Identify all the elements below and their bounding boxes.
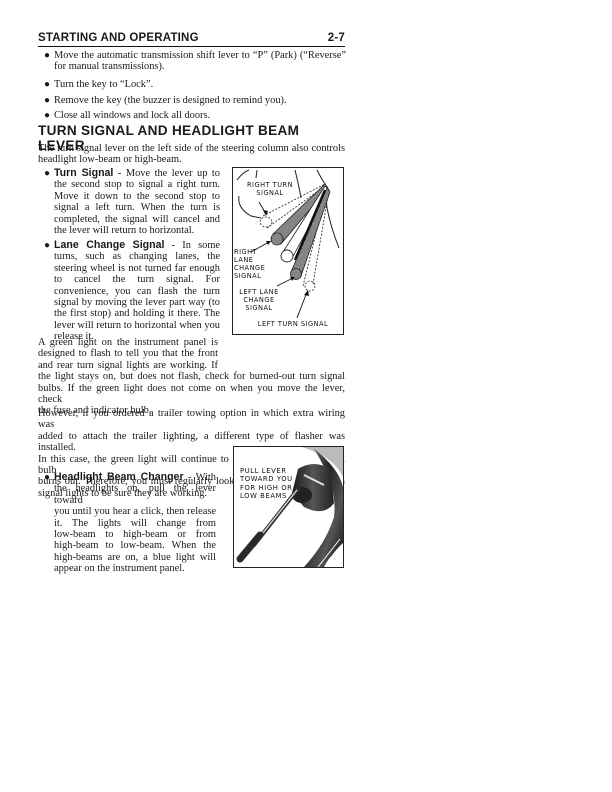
text-line: it. The lights will change from — [54, 518, 216, 529]
text-line: to cancel the turn signal. For — [54, 274, 220, 285]
running-head: STARTING AND OPERATING 2-7 — [38, 32, 345, 47]
page-number: 2-7 — [328, 32, 345, 45]
lane-change-item: ● Lane Change Signal - In some turns, su… — [44, 240, 220, 343]
text-line: high-beams are on, a blue light will — [54, 552, 216, 563]
beam-changer-item: ● Headlight Beam Changer - With the head… — [44, 472, 216, 575]
text-line: you until you hear a click, then release — [54, 506, 216, 517]
label-right-turn-signal: RIGHT TURN SIGNAL — [239, 181, 301, 197]
text-line: the lever will return to horizontal. — [54, 225, 220, 236]
turn-signal-heading: Turn Signal — [54, 167, 113, 179]
bullet-item: ● Remove the key (the buzzer is designed… — [44, 95, 287, 106]
intro-line: headlight low-beam or high-beam. — [38, 154, 345, 165]
text-line: Move it down to the second stop to — [54, 191, 220, 202]
text-line: - With — [184, 472, 216, 483]
beam-changer-heading: Headlight Beam Changer — [54, 471, 184, 483]
text-line: signal a left turn. When the turn is — [54, 202, 220, 213]
intro-line: The turn signal lever on the left side o… — [38, 143, 345, 154]
text-line: the headlights on, pull the lever toward — [54, 483, 216, 506]
text-line: completed, the signal will cancel and — [54, 214, 220, 225]
bullet-item: ● Move the automatic transmission shift … — [44, 50, 346, 73]
bullet-text: Turn the key to “Lock”. — [54, 79, 153, 90]
turn-signal-figure: RIGHT TURN SIGNAL RIGHT LANE CHANGE SIGN… — [232, 167, 344, 335]
bullet-dot-icon: ● — [44, 50, 54, 73]
text-line: designed to flash to tell you that the f… — [38, 348, 218, 359]
bullet-text: Close all windows and lock all doors. — [54, 110, 210, 121]
text-line: the second stop to signal a right turn. — [54, 179, 220, 190]
running-head-section: STARTING AND OPERATING — [38, 32, 199, 45]
text-line: bulbs. If the green light does not come … — [38, 383, 345, 406]
manual-page: STARTING AND OPERATING 2-7 ● Move the au… — [0, 0, 612, 792]
bullet-text: Move the automatic transmission shift le… — [54, 50, 346, 61]
bullet-dot-icon: ● — [44, 472, 54, 575]
bullet-text: Remove the key (the buzzer is designed t… — [54, 95, 287, 106]
beam-changer-lever-illustration — [234, 447, 343, 567]
bullet-dot-icon: ● — [44, 95, 54, 106]
bullet-dot-icon: ● — [44, 168, 54, 236]
text-line: the light stays on, but does not flash, … — [38, 371, 345, 382]
text-line: - Move the lever up to — [113, 168, 220, 179]
bullet-dot-icon: ● — [44, 79, 54, 90]
section-intro: The turn signal lever on the left side o… — [38, 143, 345, 166]
beam-figure-caption: PULL LEVER TOWARD YOU FOR HIGH OR LOW BE… — [240, 467, 310, 501]
text-line: signal by moving the lever part way (to — [54, 297, 220, 308]
text-line: steering wheel is not turned far enough — [54, 263, 220, 274]
label-right-lane-change-signal: RIGHT LANE CHANGE SIGNAL — [234, 248, 268, 280]
bullet-item: ● Close all windows and lock all doors. — [44, 110, 210, 121]
text-line: appear on the instrument panel. — [54, 563, 216, 574]
text-line: low-beam to high-beam or from — [54, 529, 216, 540]
text-line: turns, such as changing lanes, the — [54, 251, 220, 262]
text-line: convenience, you can flash the turn — [54, 286, 220, 297]
text-line: and rear turn signal lights are working.… — [38, 360, 218, 371]
text-line: - In some — [164, 240, 220, 251]
label-left-turn-signal: LEFT TURN SIGNAL — [247, 320, 339, 328]
beam-changer-figure: PULL LEVER TOWARD YOU FOR HIGH OR LOW BE… — [233, 446, 344, 568]
green-light-paragraph: A green light on the instrument panel is… — [38, 337, 345, 417]
text-line: However, if you ordered a trailer towing… — [38, 408, 345, 431]
bullet-item: ● Turn the key to “Lock”. — [44, 79, 153, 90]
bullet-text: for manual transmissions). — [54, 61, 346, 72]
turn-signal-item: ● Turn Signal - Move the lever up to the… — [44, 168, 220, 236]
lane-change-heading: Lane Change Signal — [54, 239, 164, 251]
bullet-dot-icon: ● — [44, 240, 54, 343]
label-left-lane-change-signal: LEFT LANE CHANGE SIGNAL — [235, 288, 283, 312]
bullet-dot-icon: ● — [44, 110, 54, 121]
text-line: high-beam to low-beam. When the — [54, 540, 216, 551]
text-line: the first stop) and holding it there. Th… — [54, 308, 220, 319]
text-line: lever will return to horizontal when you — [54, 320, 220, 331]
text-line: A green light on the instrument panel is — [38, 337, 218, 348]
